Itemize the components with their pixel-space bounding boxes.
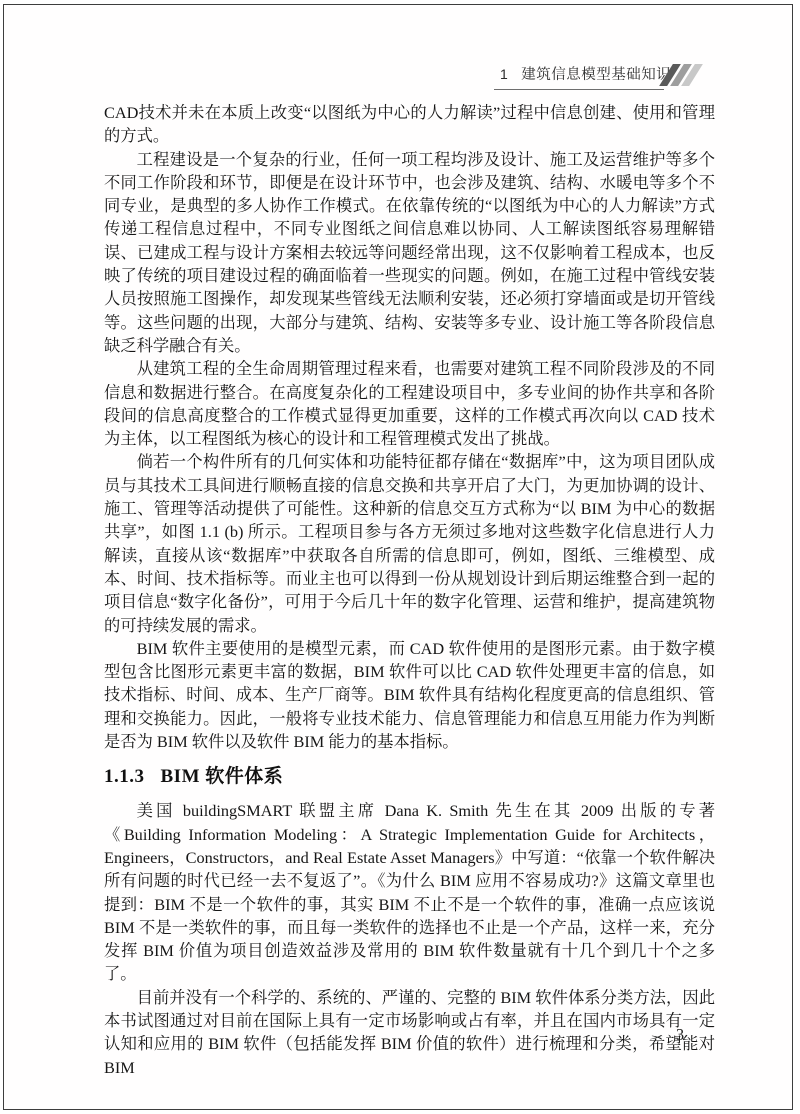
body-paragraph: 从建筑工程的全生命周期管理过程来看，也需要对建筑工程不同阶段涉及的不同信息和数据… (104, 357, 715, 450)
body-paragraph: 倘若一个构件所有的几何实体和功能特征都存储在“数据库”中，这为项目团队成员与其技… (104, 450, 715, 636)
body-paragraph: 美国 buildingSMART 联盟主席 Dana K. Smith 先生在其… (104, 799, 715, 985)
body-paragraph: BIM 软件主要使用的是模型元素，而 CAD 软件使用的是图形元素。由于数字模型… (104, 637, 715, 753)
section-number: 1.1.3 (104, 766, 145, 787)
body-paragraph: CAD技术并未在本质上改变“以图纸为中心的人力解读”过程中信息创建、使用和管理的… (104, 101, 715, 148)
body-paragraph: 目前并没有一个科学的、系统的、严谨的、完整的 BIM 软件体系分类方法，因此本书… (104, 986, 715, 1079)
page-number: 3 (668, 1025, 692, 1045)
page-body: CAD技术并未在本质上改变“以图纸为中心的人力解读”过程中信息创建、使用和管理的… (104, 101, 715, 1079)
section-heading: 1.1.3BIM 软件体系 (104, 766, 715, 788)
body-paragraph: 工程建设是一个复杂的行业，任何一项工程均涉及设计、施工及运营维护等多个不同工作阶… (104, 148, 715, 358)
chapter-title: 建筑信息模型基础知识 (521, 67, 671, 83)
section-title: BIM 软件体系 (161, 766, 284, 787)
running-header: 1建筑信息模型基础知识 (494, 61, 664, 90)
chapter-number: 1 (500, 66, 508, 82)
header-stripes-decoration (666, 64, 696, 86)
